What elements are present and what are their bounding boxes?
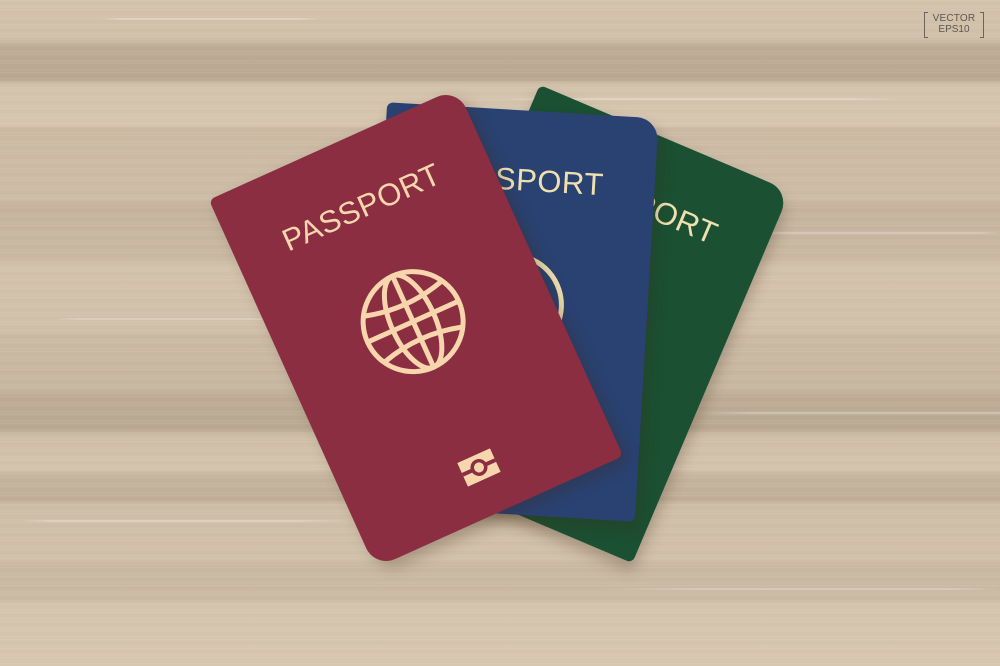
badge-line-1: VECTOR (924, 10, 984, 24)
bracket-right (980, 12, 984, 38)
globe-icon (340, 249, 486, 395)
biometric-chip-icon (457, 448, 501, 487)
badge-line-2: EPS10 (924, 24, 984, 35)
vector-eps10-badge: VECTOR EPS10 (924, 10, 984, 38)
bracket-left (924, 12, 928, 38)
